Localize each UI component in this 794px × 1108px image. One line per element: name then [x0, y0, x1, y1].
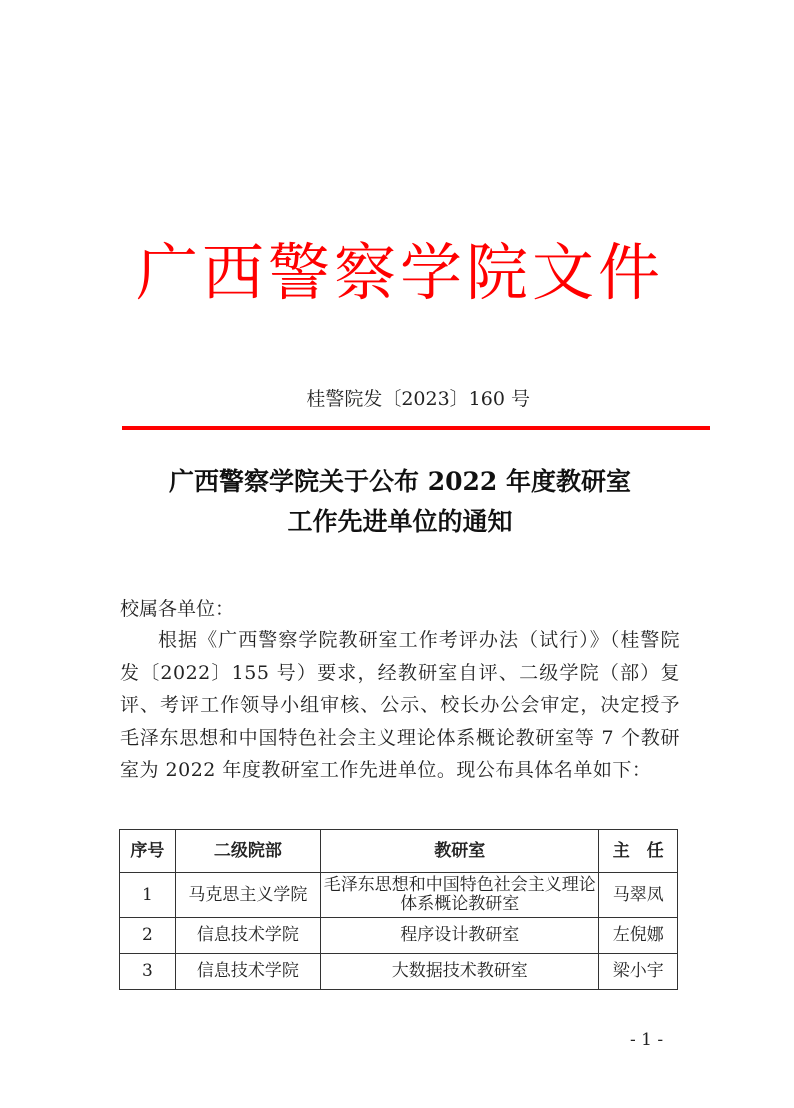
document-number: 桂警院发〔2023〕160 号: [120, 384, 680, 414]
cell-department: 信息技术学院: [175, 954, 320, 990]
cell-office: 程序设计教研室: [321, 918, 599, 954]
cell-office: 毛泽东思想和中国特色社会主义理论体系概论教研室: [321, 873, 599, 918]
notice-title-line-2: 工作先进单位的通知: [110, 502, 690, 542]
cell-director: 马翠凤: [599, 873, 678, 918]
table-row: 2 信息技术学院 程序设计教研室 左倪娜: [120, 918, 678, 954]
table-header-row: 序号 二级院部 教研室 主 任: [120, 830, 678, 873]
advanced-units-table: 序号 二级院部 教研室 主 任 1 马克思主义学院 毛泽东思想和中国特色社会主义…: [119, 829, 678, 990]
cell-department: 信息技术学院: [175, 918, 320, 954]
notice-title: 广西警察学院关于公布 2022 年度教研室 工作先进单位的通知: [110, 462, 690, 542]
header-office: 教研室: [321, 830, 599, 873]
cell-director: 左倪娜: [599, 918, 678, 954]
red-divider-rule: [122, 426, 710, 430]
cell-office: 大数据技术教研室: [321, 954, 599, 990]
cell-index: 3: [120, 954, 176, 990]
cell-director: 梁小宇: [599, 954, 678, 990]
header-department: 二级院部: [175, 830, 320, 873]
header-index: 序号: [120, 830, 176, 873]
cell-department: 马克思主义学院: [175, 873, 320, 918]
body-paragraph: 根据《广西警察学院教研室工作考评办法（试行）》（桂警院发〔2022〕155 号）…: [120, 624, 680, 787]
document-masthead: 广西警察学院文件: [120, 228, 680, 318]
notice-title-line-1: 广西警察学院关于公布 2022 年度教研室: [110, 462, 690, 502]
table-row: 3 信息技术学院 大数据技术教研室 梁小宇: [120, 954, 678, 990]
document-number-text: 桂警院发〔2023〕160 号: [306, 384, 530, 414]
page-number: - 1 -: [630, 1028, 663, 1052]
cell-index: 1: [120, 873, 176, 918]
salutation: 校属各单位：: [120, 594, 234, 624]
cell-index: 2: [120, 918, 176, 954]
header-director: 主 任: [599, 830, 678, 873]
table-row: 1 马克思主义学院 毛泽东思想和中国特色社会主义理论体系概论教研室 马翠凤: [120, 873, 678, 918]
